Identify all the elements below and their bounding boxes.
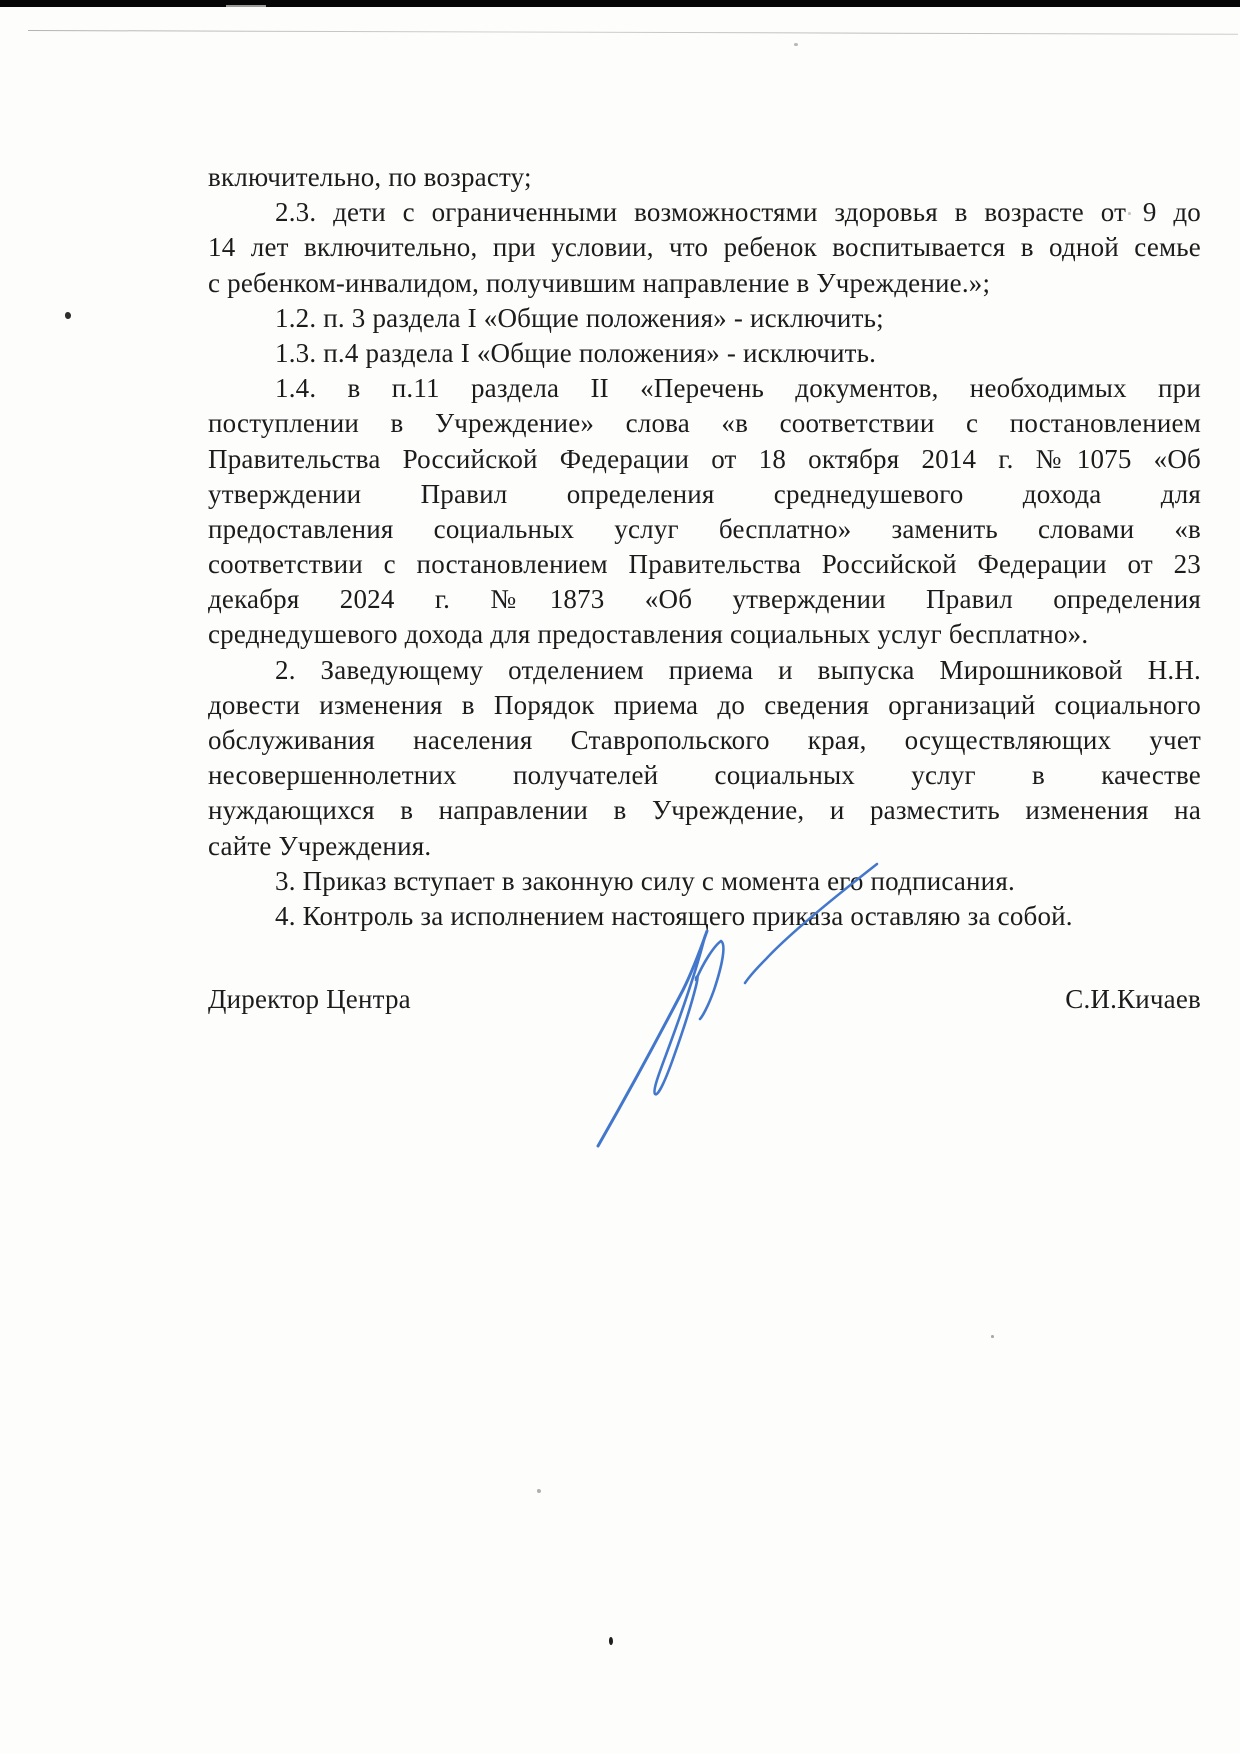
signatory-title: Директор Центра — [208, 984, 411, 1015]
scan-artifact-hairline — [28, 30, 1238, 35]
scan-artifact-speck — [794, 43, 798, 46]
text-line: 4. Контроль за исполнением настоящего пр… — [208, 899, 1201, 934]
text-line: нуждающихся в направлении в Учреждение, … — [208, 793, 1201, 828]
signatory-name: С.И.Кичаев — [1065, 984, 1201, 1015]
text-line: соответствии с постановлением Правительс… — [208, 547, 1201, 582]
document-text: включительно, по возрасту;2.3. дети с ог… — [208, 160, 1201, 934]
scan-artifact-speck — [1128, 212, 1131, 215]
text-line: включительно, по возрасту; — [208, 160, 1201, 195]
text-line: среднедушевого дохода для предоставления… — [208, 617, 1201, 652]
text-line: 1.2. п. 3 раздела I «Общие положения» - … — [208, 301, 1201, 336]
text-line: утверждении Правил определения среднедуш… — [208, 477, 1201, 512]
scan-artifact-speck — [991, 1335, 994, 1338]
text-line: предоставления социальных услуг бесплатн… — [208, 512, 1201, 547]
document-page: включительно, по возрасту;2.3. дети с ог… — [0, 0, 1240, 1754]
text-line: Правительства Российской Федерации от 18… — [208, 442, 1201, 477]
text-line: 3. Приказ вступает в законную силу с мом… — [208, 864, 1201, 899]
text-line: декабря 2024 г. №1873 «Об утверждении Пр… — [208, 582, 1201, 617]
text-line: обслуживания населения Ставропольского к… — [208, 723, 1201, 758]
text-line: 14 лет включительно, при условии, что ре… — [208, 230, 1201, 265]
signature-row: Директор Центра С.И.Кичаев — [208, 984, 1201, 1015]
text-line: поступлении в Учреждение» слова «в соотв… — [208, 406, 1201, 441]
scan-artifact-speck — [65, 312, 71, 319]
text-line: 2. Заведующему отделением приема и выпус… — [208, 653, 1201, 688]
scan-artifact-speck — [609, 1637, 613, 1645]
text-line: с ребенком-инвалидом, получившим направл… — [208, 266, 1201, 301]
scan-artifact-speck — [537, 1489, 541, 1493]
text-line: несовершеннолетних получателей социальны… — [208, 758, 1201, 793]
text-line: 1.3. п.4 раздела I «Общие положения» - и… — [208, 336, 1201, 371]
text-line: 2.3. дети с ограниченными возможностями … — [208, 195, 1201, 230]
scan-artifact-top-bar — [0, 0, 1240, 7]
text-line: 1.4. в п.11 раздела II «Перечень докумен… — [208, 371, 1201, 406]
text-line: довести изменения в Порядок приема до св… — [208, 688, 1201, 723]
text-line: сайте Учреждения. — [208, 829, 1201, 864]
